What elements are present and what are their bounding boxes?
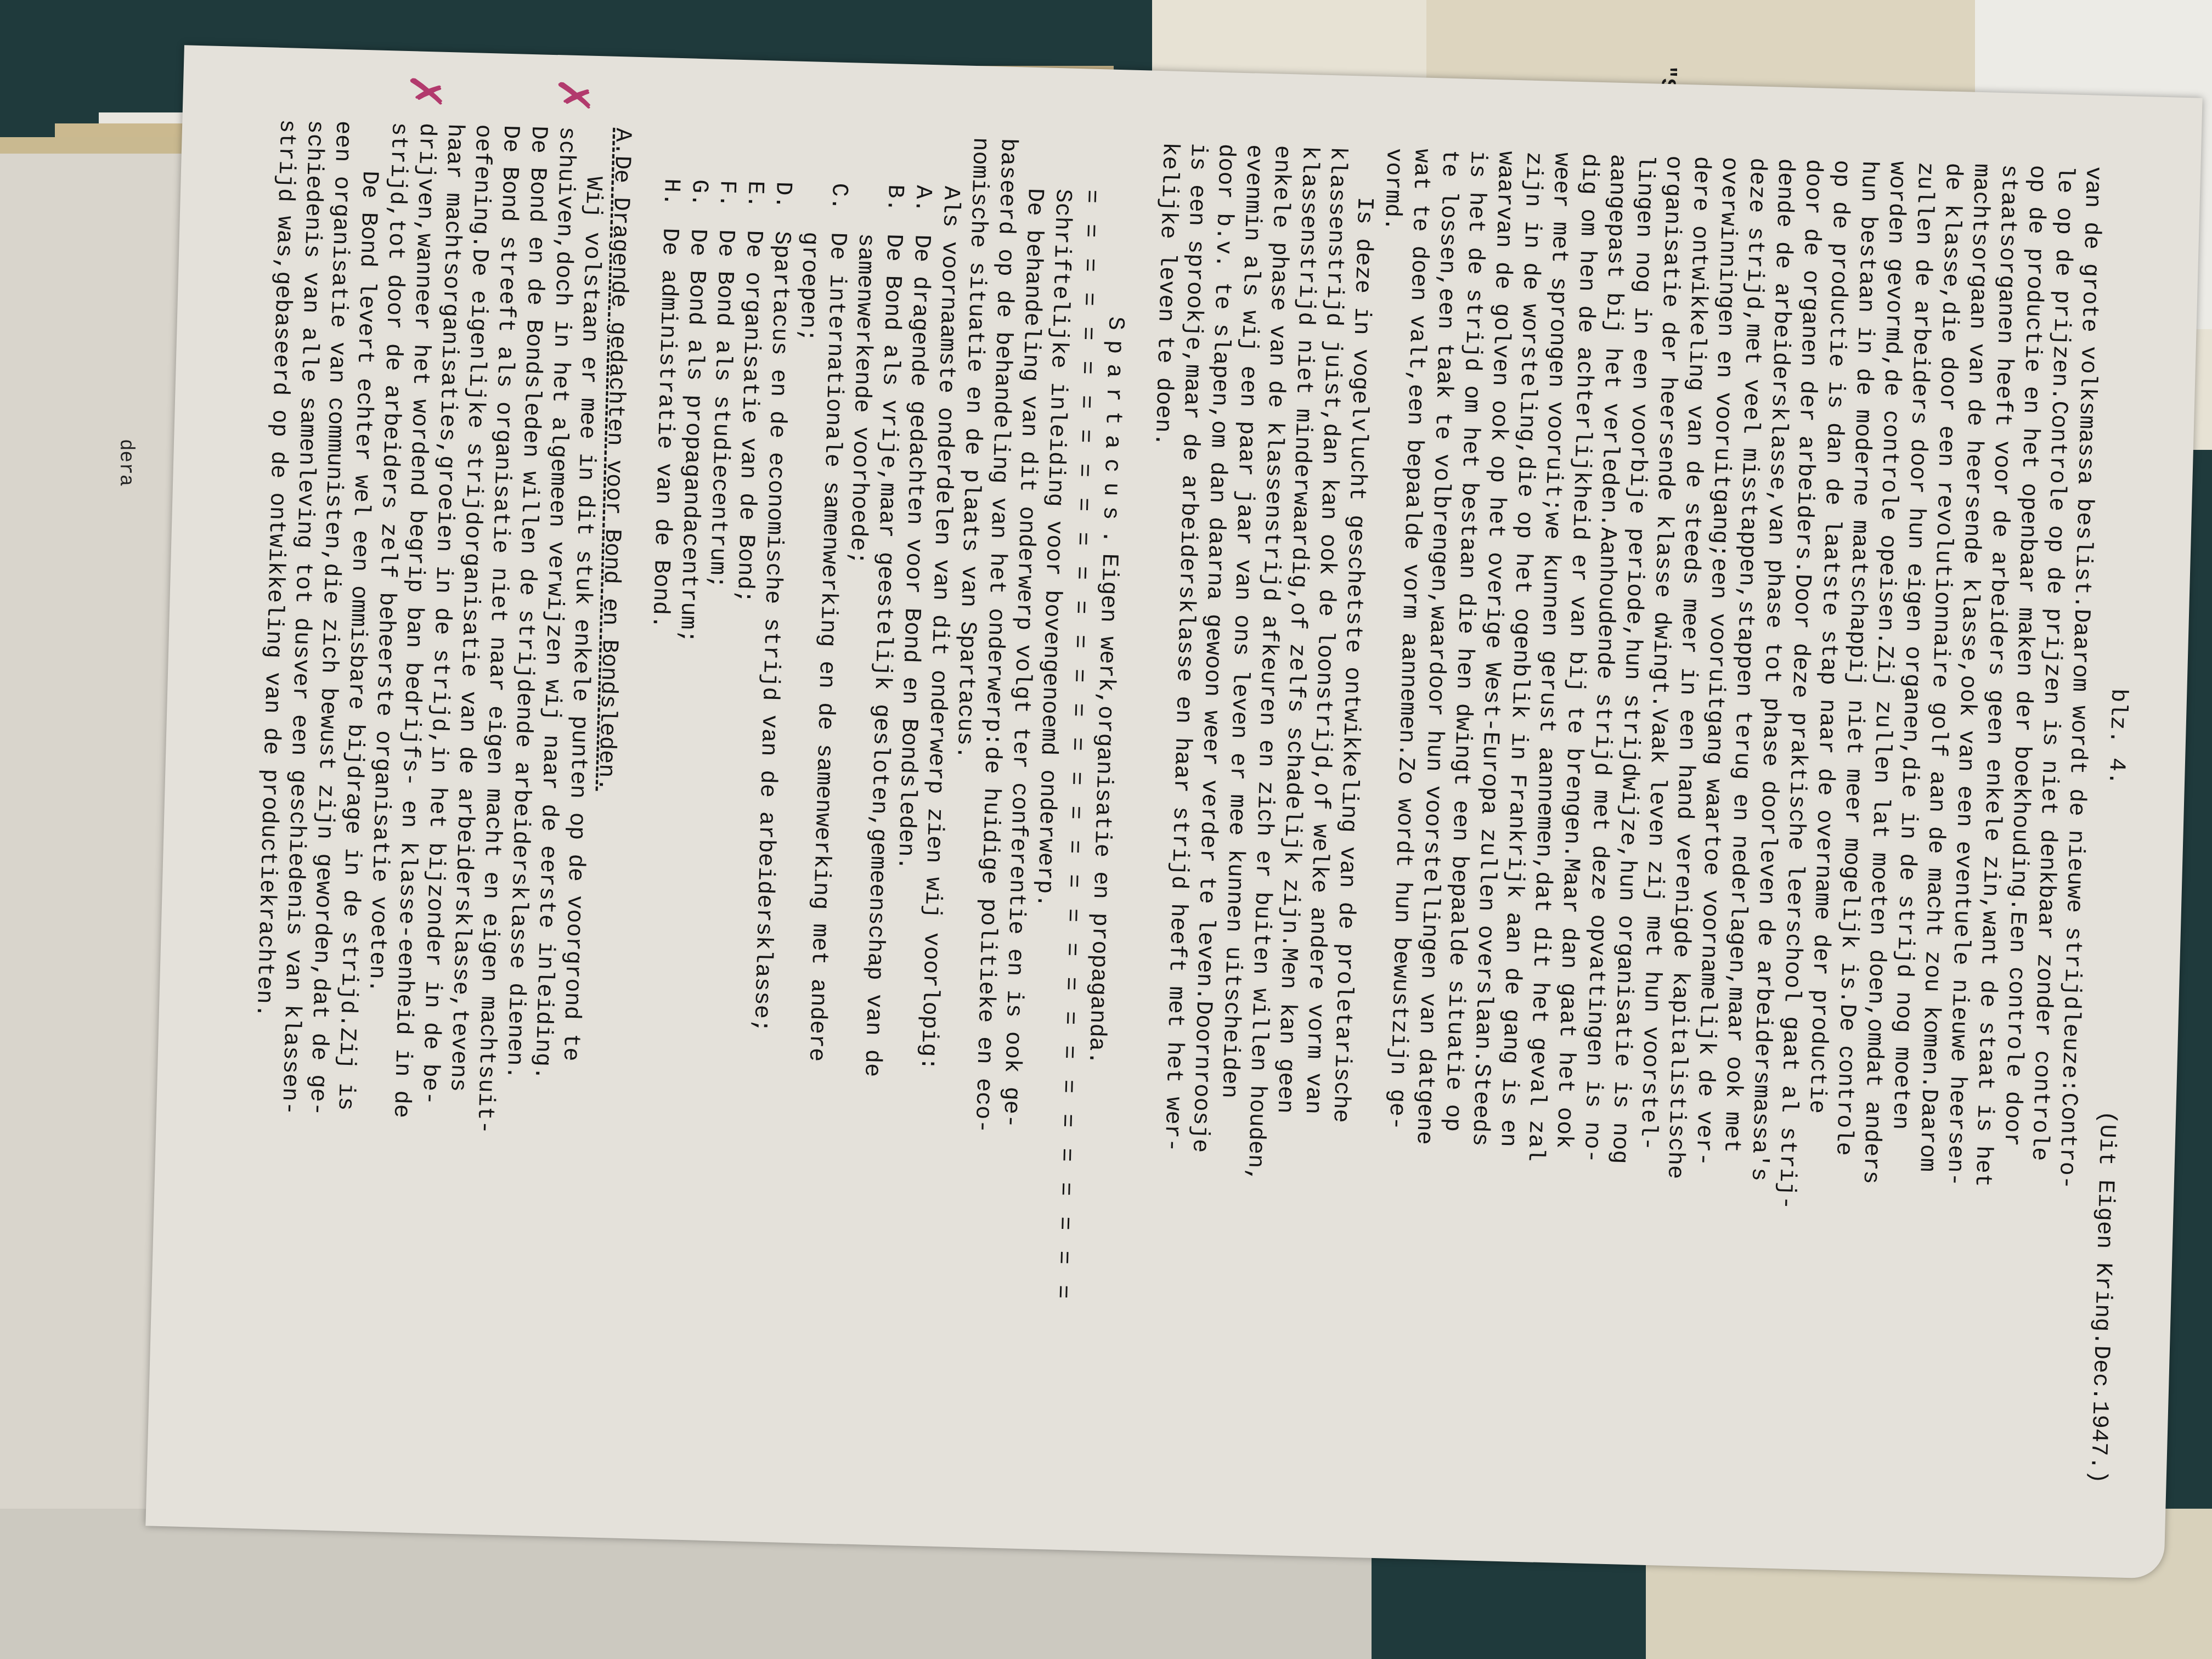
topic-list: A.De dragende gedachten voor Bond en Bon… — [623, 129, 938, 1475]
typed-document-sheet: blz. 4. (Uit Eigen Kring.Dec.1947.) van … — [145, 45, 2202, 1578]
second-paragraph: Is deze in vogelvlucht geschetste ontwik… — [1121, 142, 1380, 1486]
intro-paragraph: van de grote volksmassa beslist.Daarom w… — [1345, 148, 2107, 1505]
section-a-paragraph-1: Wij volstaan er mee in dit stuk enkele p… — [350, 122, 609, 1466]
page-number: blz. 4. — [2102, 688, 2132, 786]
source-reference: (Uit Eigen Kring.Dec.1947.) — [2084, 1110, 2121, 1485]
section-a-body: ✗ ✗ Wij volstaan er mee in dit stuk enke… — [238, 119, 609, 1466]
document-content: blz. 4. (Uit Eigen Kring.Dec.1947.) van … — [168, 73, 2180, 1550]
paper-fragment-text: dera — [115, 439, 137, 486]
red-cross-mark-icon: ✗ — [411, 73, 440, 110]
red-cross-mark-icon: ✗ — [559, 77, 588, 114]
spartacus-title: Spartacus. — [1096, 316, 1128, 554]
